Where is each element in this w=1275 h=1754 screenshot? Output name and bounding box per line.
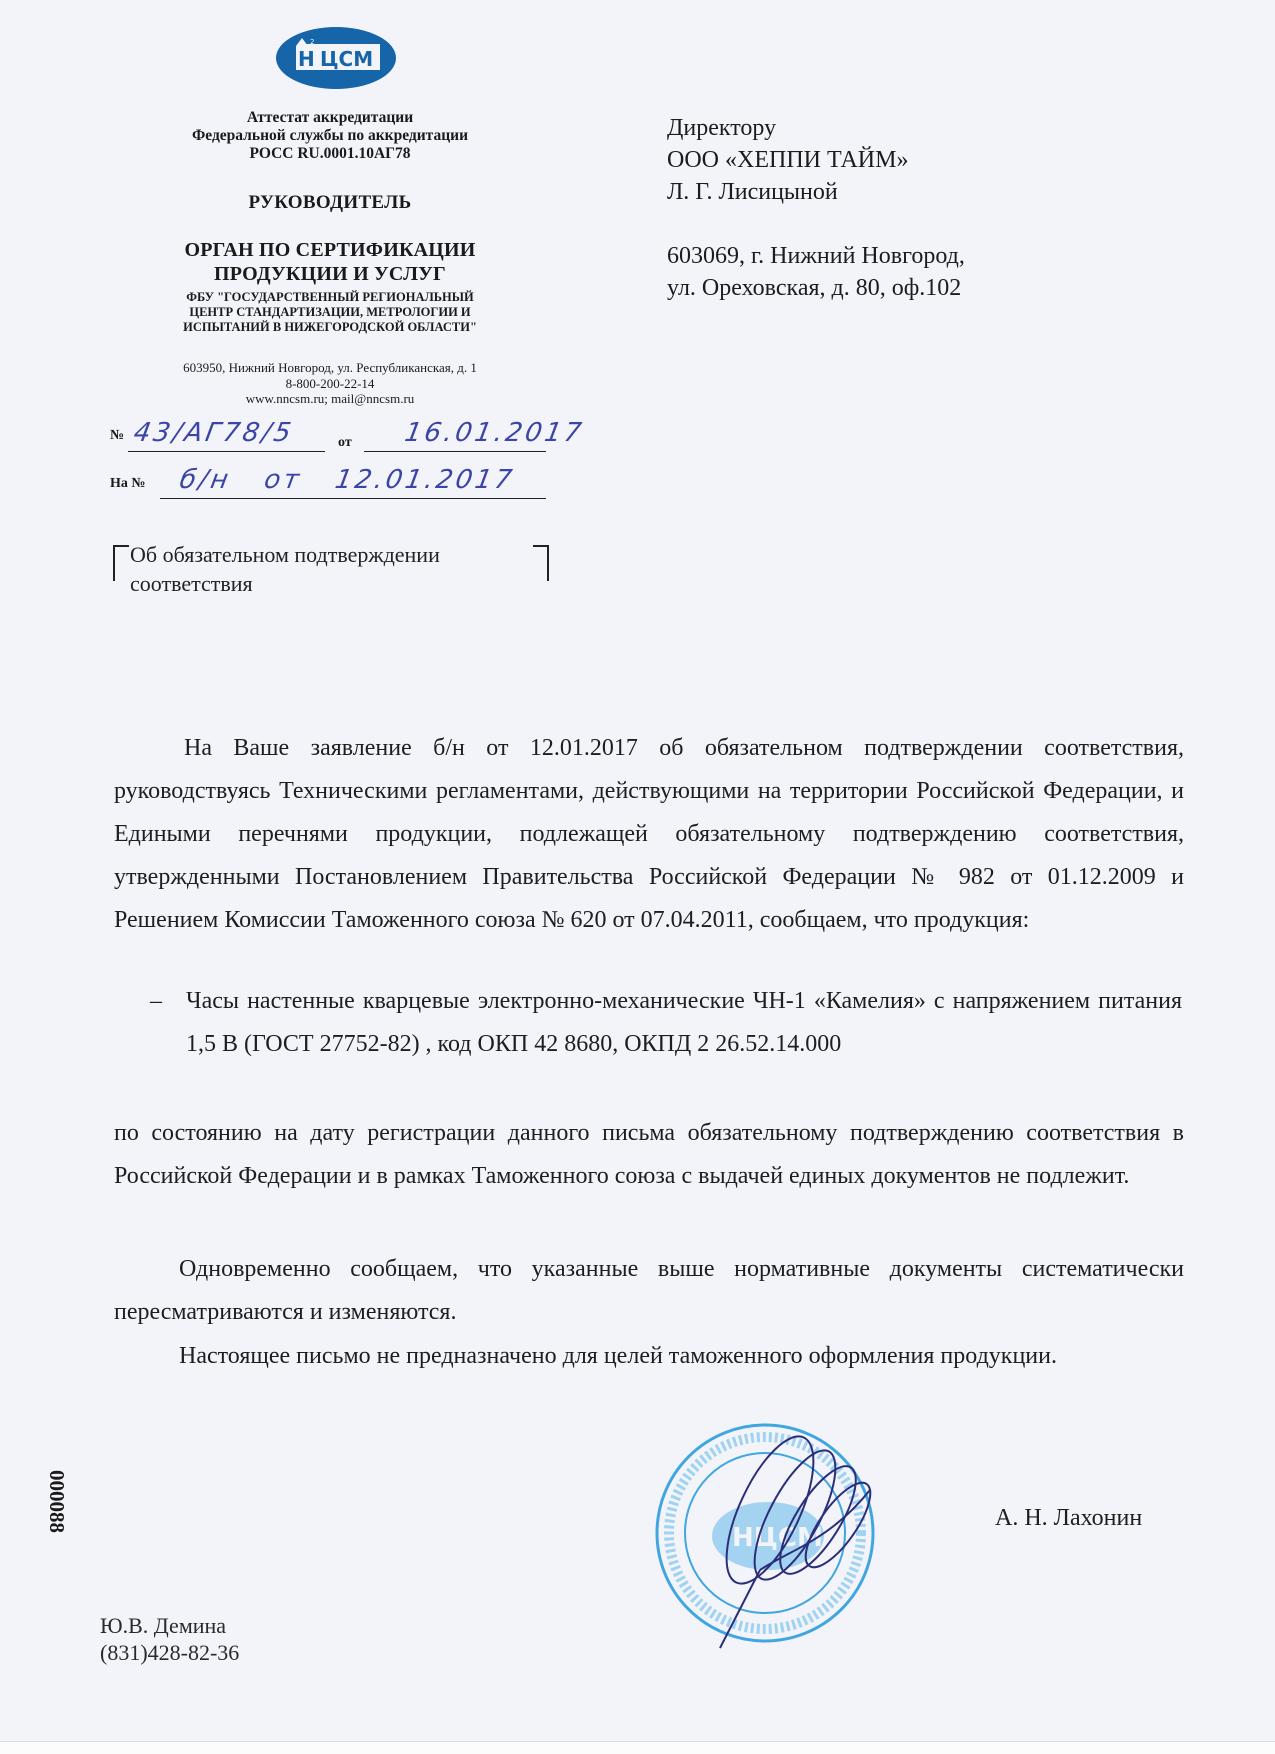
subject-line: соответствия (130, 569, 440, 598)
outgoing-number-row: № (110, 428, 124, 444)
recipient-block: Директору ООО «ХЕППИ ТАЙМ» Л. Г. Лисицын… (667, 112, 965, 304)
org-web-mail: www.nncsm.ru; mail@nncsm.ru (130, 391, 530, 407)
recipient-line: Директору (667, 112, 965, 144)
executor-phone: (831)428-82-36 (100, 1639, 239, 1666)
fbu-line: ФБУ "ГОСУДАРСТВЕННЫЙ РЕГИОНАЛЬНЫЙ (130, 290, 530, 305)
executor-block: Ю.В. Демина (831)428-82-36 (100, 1612, 239, 1666)
signer-name: А. Н. Лахонин (995, 1505, 1142, 1532)
product-description: Часы настенные кварцевые электронно-меха… (186, 988, 1182, 1057)
number-label: № (110, 428, 124, 443)
number-underline (128, 451, 325, 452)
org-title: ОРГАН ПО СЕРТИФИКАЦИИ ПРОДУКЦИИ И УСЛУГ (130, 238, 530, 286)
body-paragraph-3: Одновременно сообщаем, что указанные выш… (114, 1248, 1184, 1334)
head-title: РУКОВОДИТЕЛЬ (130, 192, 530, 214)
executor-name: Ю.В. Демина (100, 1612, 239, 1639)
from-label: от (338, 435, 352, 451)
org-contacts: 603950, Нижний Новгород, ул. Республикан… (130, 360, 530, 407)
subject-bracket-left (113, 545, 129, 581)
date-underline (364, 451, 546, 452)
recipient-line: Л. Г. Лисицыной (667, 176, 965, 208)
list-dash: – (150, 980, 162, 1023)
svg-text:2: 2 (310, 38, 314, 46)
subject-bracket-right (533, 545, 549, 581)
subject-line: Об обязательном подтверждении (130, 540, 440, 569)
reply-underline (160, 498, 546, 499)
product-list-item: – Часы настенные кварцевые электронно-ме… (150, 980, 1182, 1066)
fbu-line: ИСПЫТАНИЙ В НИЖЕГОРОДСКОЙ ОБЛАСТИ" (130, 320, 530, 335)
accreditation-block: Аттестат аккредитации Федеральной службы… (130, 109, 530, 163)
page-edge (0, 1741, 1275, 1754)
registration-number-value: 000088 (44, 1470, 69, 1533)
accreditation-line: Аттестат аккредитации (130, 109, 530, 127)
accreditation-line: РОСС RU.0001.10АГ78 (130, 145, 530, 163)
nncsm-logo-icon: Н ЦСМ 2 (274, 26, 398, 90)
org-phone: 8-800-200-22-14 (130, 376, 530, 392)
body-paragraph-1: На Ваше заявление б/н от 12.01.2017 об о… (114, 727, 1184, 942)
fbu-line: ЦЕНТР СТАНДАРТИЗАЦИИ, МЕТРОЛОГИИ И (130, 305, 530, 320)
outgoing-date-value: 16.01.2017 (402, 418, 586, 448)
recipient-address-line: ул. Ореховская, д. 80, оф.102 (667, 272, 965, 304)
org-line: ПРОДУКЦИИ И УСЛУГ (130, 262, 530, 286)
body-paragraph-4: Настоящее письмо не предназначено для це… (114, 1335, 1184, 1378)
accreditation-line: Федеральной службы по аккредитации (130, 127, 530, 145)
subject: Об обязательном подтверждении соответств… (130, 540, 440, 598)
letter-page: Н ЦСМ 2 Аттестат аккредитации Федерально… (0, 0, 1275, 1754)
outgoing-number-value: 43/АГ78/5 (131, 418, 296, 448)
signature-icon (700, 1420, 880, 1650)
reply-to-label: На № (110, 476, 145, 492)
svg-text:ЦСМ: ЦСМ (320, 47, 373, 71)
fbu-name: ФБУ "ГОСУДАРСТВЕННЫЙ РЕГИОНАЛЬНЫЙ ЦЕНТР … (130, 290, 530, 335)
org-address: 603950, Нижний Новгород, ул. Республикан… (130, 360, 530, 376)
registration-number: 000088 (0, 1470, 34, 1530)
svg-text:Н: Н (298, 47, 315, 71)
recipient-address-line: 603069, г. Нижний Новгород, (667, 240, 965, 272)
org-line: ОРГАН ПО СЕРТИФИКАЦИИ (130, 238, 530, 262)
body-paragraph-2: по состоянию на дату регистрации данного… (114, 1112, 1184, 1198)
recipient-line: ООО «ХЕППИ ТАЙМ» (667, 144, 965, 176)
reply-to-value: б/н от 12.01.2017 (177, 465, 517, 495)
